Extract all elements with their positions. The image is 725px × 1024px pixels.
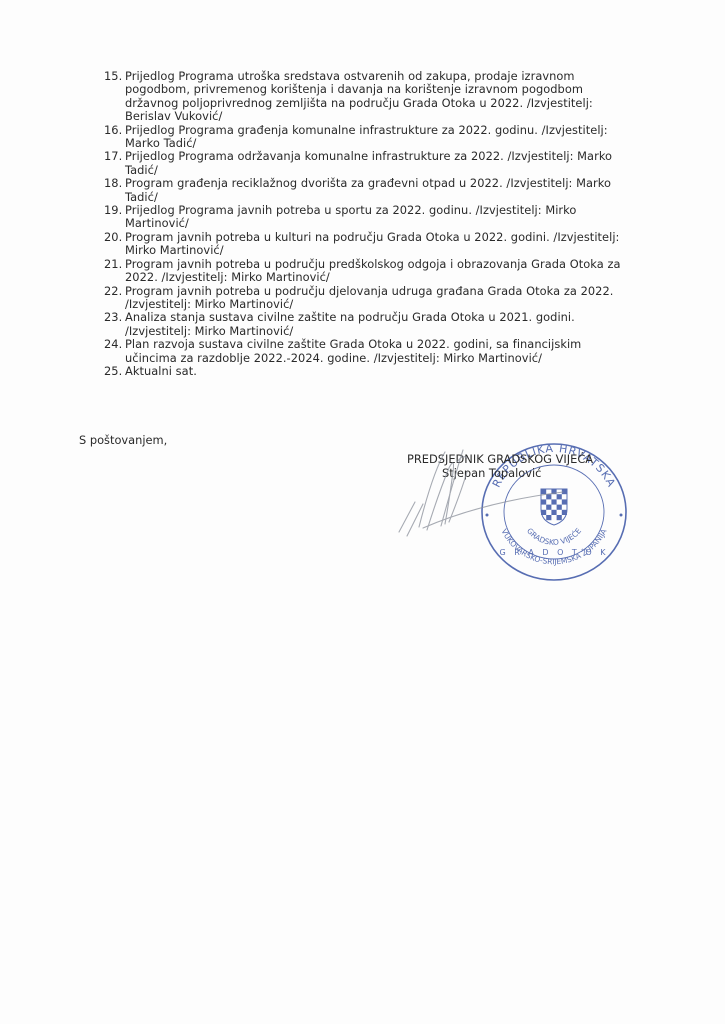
svg-text:G R A D O T O K: G R A D O T O K [500, 548, 609, 557]
agenda-item-number: 18. [104, 177, 125, 204]
agenda-item-number: 15. [104, 70, 125, 124]
agenda-item: 15. Prijedlog Programa utroška sredstava… [104, 70, 624, 124]
agenda-item: 18. Program građenja reciklažnog dvorišt… [104, 177, 624, 204]
document-page: 15. Prijedlog Programa utroška sredstava… [0, 0, 725, 1024]
agenda-item-number: 23. [104, 311, 125, 338]
agenda-item-number: 24. [104, 338, 125, 365]
agenda-item-number: 21. [104, 258, 125, 285]
agenda-item-text: Program javnih potreba u području djelov… [125, 285, 624, 312]
agenda-item-number: 22. [104, 285, 125, 312]
agenda-item: 24. Plan razvoja sustava civilne zaštite… [104, 338, 624, 365]
agenda-item: 25. Aktualni sat. [104, 365, 624, 378]
agenda-item-number: 20. [104, 231, 125, 258]
agenda-item-text: Prijedlog Programa javnih potreba u spor… [125, 204, 624, 231]
agenda-item-text: Program građenja reciklažnog dvorišta za… [125, 177, 624, 204]
agenda-item-text: Program javnih potreba u kulturi na podr… [125, 231, 624, 258]
agenda-item: 21. Program javnih potreba u području pr… [104, 258, 624, 285]
closing-salutation: S poštovanjem, [79, 433, 167, 447]
agenda-item: 19. Prijedlog Programa javnih potreba u … [104, 204, 624, 231]
agenda-item-number: 17. [104, 150, 125, 177]
agenda-item-number: 16. [104, 124, 125, 151]
agenda-item-text: Program javnih potreba u području predšk… [125, 258, 624, 285]
agenda-item-text: Plan razvoja sustava civilne zaštite Gra… [125, 338, 624, 365]
agenda-item-text: Prijedlog Programa utroška sredstava ost… [125, 70, 624, 124]
agenda-item-number: 19. [104, 204, 125, 231]
agenda-item: 20. Program javnih potreba u kulturi na … [104, 231, 624, 258]
agenda-item: 17. Prijedlog Programa održavanja komuna… [104, 150, 624, 177]
agenda-item: 16. Prijedlog Programa građenja komunaln… [104, 124, 624, 151]
agenda-item-text: Prijedlog Programa građenja komunalne in… [125, 124, 624, 151]
agenda-item: 22. Program javnih potreba u području dj… [104, 285, 624, 312]
agenda-item-text: Analiza stanja sustava civilne zaštite n… [125, 311, 624, 338]
agenda-list: 15. Prijedlog Programa utroška sredstava… [104, 70, 624, 378]
agenda-item-number: 25. [104, 365, 125, 378]
agenda-item-text: Prijedlog Programa održavanja komunalne … [125, 150, 624, 177]
handwritten-signature-icon [393, 432, 573, 542]
agenda-item-text: Aktualni sat. [125, 365, 624, 378]
agenda-item: 23. Analiza stanja sustava civilne zašti… [104, 311, 624, 338]
